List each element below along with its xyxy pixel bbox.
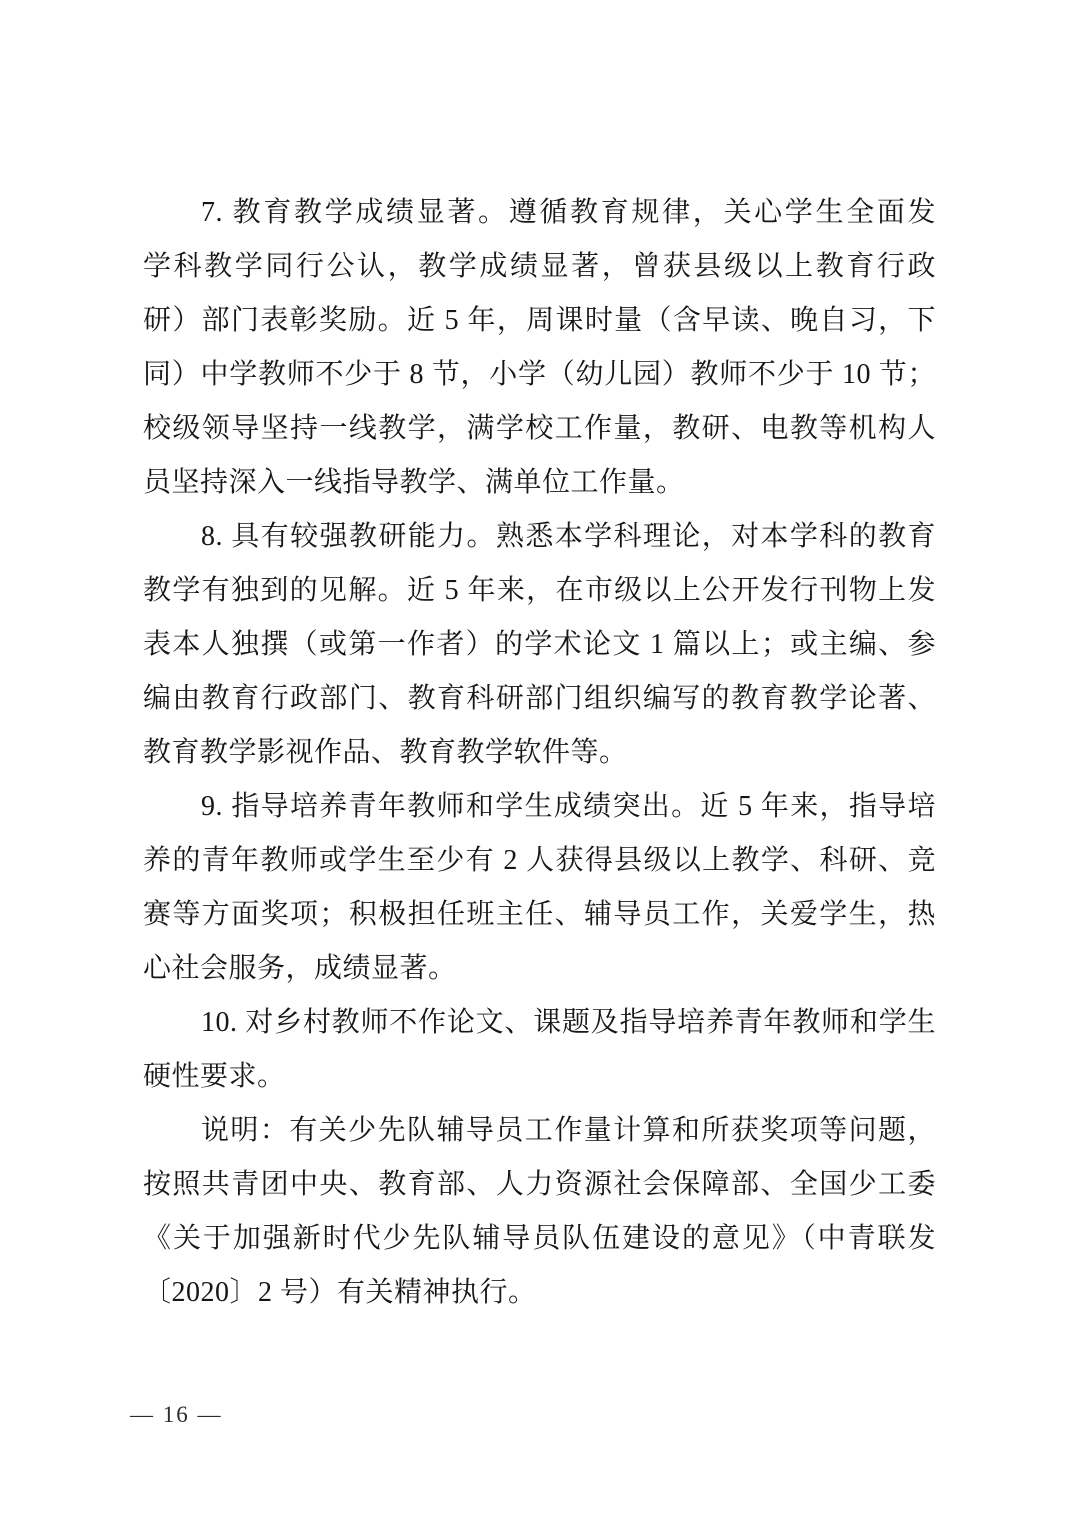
text-line: 同）中学教师不少于 8 节，小学（幼儿园）教师不少于 10 节； — [143, 348, 936, 402]
text-line: 9. 指导培养青年教师和学生成绩突出。近 5 年来，指导培 — [143, 780, 936, 834]
item-8: 8. 具有较强教研能力。熟悉本学科理论，对本学科的教育教学有独到的见解。近 5 … — [143, 510, 936, 780]
text-line: 编由教育行政部门、教育科研部门组织编写的教育教学论著、 — [143, 672, 936, 726]
text-line: 校级领导坚持一线教学，满学校工作量，教研、电教等机构人 — [143, 402, 936, 456]
document-page: 7. 教育教学成绩显著。遵循教育规律，关心学生全面发展；学科教学同行公认，教学成… — [0, 0, 1074, 1520]
text-line: 〔2020〕2 号）有关精神执行。 — [143, 1266, 936, 1320]
text-line: 《关于加强新时代少先队辅导员队伍建设的意见》（中青联发 — [143, 1212, 936, 1266]
text-line: 员坚持深入一线指导教学、满单位工作量。 — [143, 456, 936, 510]
text-line: 硬性要求。 — [143, 1050, 936, 1104]
page-number: — 16 — — [130, 1402, 223, 1428]
text-line: 养的青年教师或学生至少有 2 人获得县级以上教学、科研、竞 — [143, 834, 936, 888]
text-line: 学科教学同行公认，教学成绩显著，曾获县级以上教育行政（科 — [143, 240, 936, 294]
item-7: 7. 教育教学成绩显著。遵循教育规律，关心学生全面发展；学科教学同行公认，教学成… — [143, 186, 936, 510]
item-10: 10. 对乡村教师不作论文、课题及指导培养青年教师和学生硬性要求。 — [143, 996, 936, 1104]
text-line: 教育教学影视作品、教育教学软件等。 — [143, 726, 936, 780]
text-line: 教学有独到的见解。近 5 年来，在市级以上公开发行刊物上发 — [143, 564, 936, 618]
text-line: 10. 对乡村教师不作论文、课题及指导培养青年教师和学生 — [143, 996, 936, 1050]
note-paragraph: 说明：有关少先队辅导员工作量计算和所获奖项等问题，按照共青团中央、教育部、人力资… — [143, 1104, 936, 1320]
text-line: 心社会服务，成绩显著。 — [143, 942, 936, 996]
text-line: 8. 具有较强教研能力。熟悉本学科理论，对本学科的教育 — [143, 510, 936, 564]
text-line: 7. 教育教学成绩显著。遵循教育规律，关心学生全面发展； — [143, 186, 936, 240]
document-body: 7. 教育教学成绩显著。遵循教育规律，关心学生全面发展；学科教学同行公认，教学成… — [143, 186, 936, 1320]
text-line: 按照共青团中央、教育部、人力资源社会保障部、全国少工委 — [143, 1158, 936, 1212]
text-line: 说明：有关少先队辅导员工作量计算和所获奖项等问题， — [143, 1104, 936, 1158]
text-line: 赛等方面奖项；积极担任班主任、辅导员工作，关爱学生，热 — [143, 888, 936, 942]
text-line: 表本人独撰（或第一作者）的学术论文 1 篇以上；或主编、参 — [143, 618, 936, 672]
item-9: 9. 指导培养青年教师和学生成绩突出。近 5 年来，指导培养的青年教师或学生至少… — [143, 780, 936, 996]
text-line: 研）部门表彰奖励。近 5 年，周课时量（含早读、晚自习，下 — [143, 294, 936, 348]
